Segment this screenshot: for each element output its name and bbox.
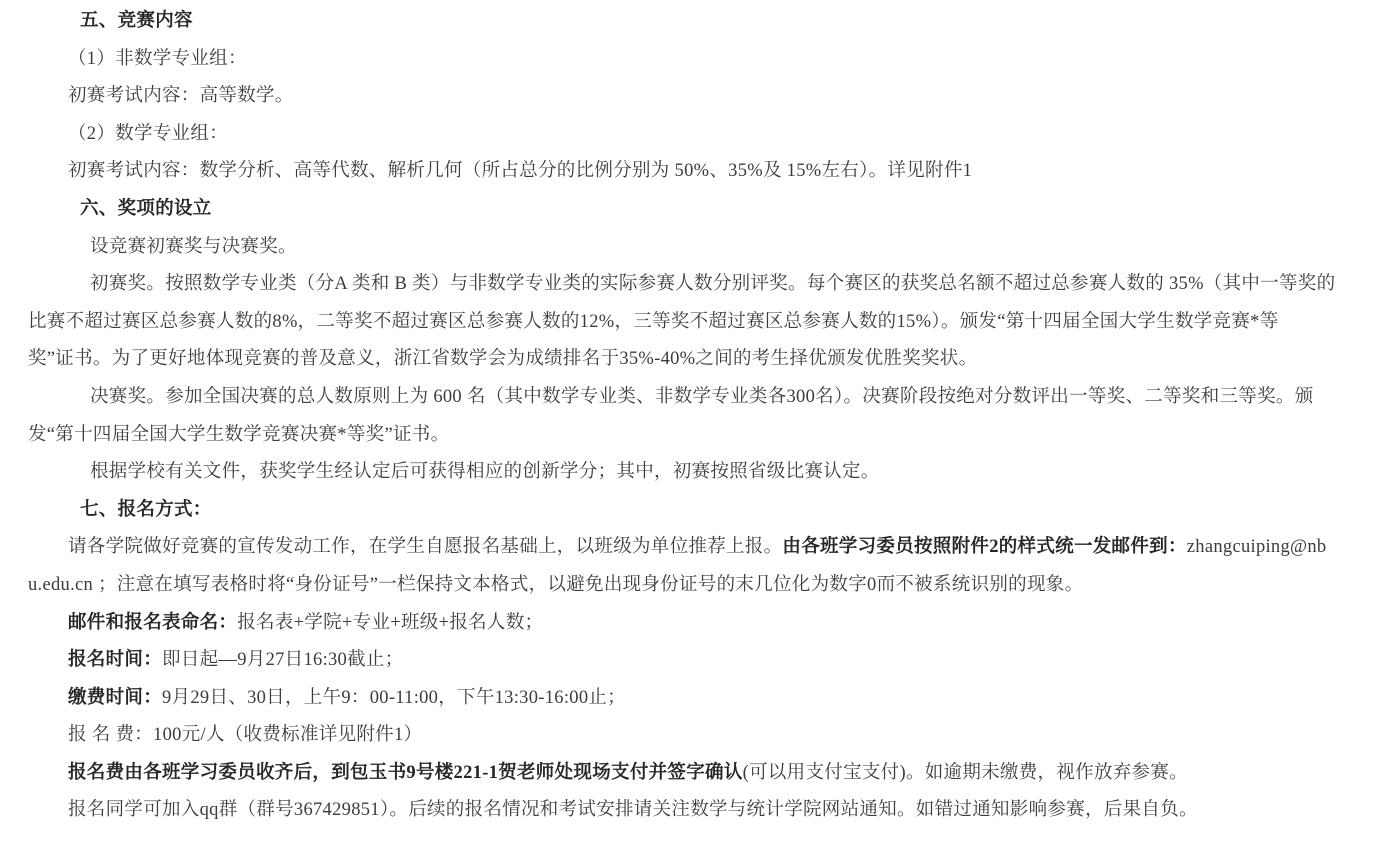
text-line: 初赛考试内容：高等数学。 xyxy=(25,78,1378,116)
text-segment: 决赛奖。参加全国决赛的总人数原则上为 600 名（其中数学专业类、非数学专业类各… xyxy=(90,387,1314,407)
text-segment: (可以用支付宝支付)。如逾期未缴费，视作放弃参赛。 xyxy=(743,763,1188,783)
text-segment: 初赛考试内容：高等数学。 xyxy=(68,86,294,106)
text-line: 设竞赛初赛奖与决赛奖。 xyxy=(25,229,1378,267)
text-segment: 9月29日、30日，上午9：00-11:00，下午13:30-16:00止； xyxy=(162,688,626,708)
bold-text-segment: 六、奖项的设立 xyxy=(80,199,212,219)
text-segment: （1）非数学专业组： xyxy=(68,49,247,69)
section-heading-6: 六、奖项的设立 xyxy=(25,191,1378,229)
bold-text-segment: 五、竞赛内容 xyxy=(80,11,193,31)
text-line: 根据学校有关文件，获奖学生经认定后可获得相应的创新学分；其中，初赛按照省级比赛认… xyxy=(25,454,1378,492)
text-line: （1）非数学专业组： xyxy=(25,41,1378,79)
bold-text-segment: 报名时间： xyxy=(68,650,162,670)
bold-text-segment: 缴费时间： xyxy=(68,688,162,708)
text-line: 比赛不超过赛区总参赛人数的8%，二等奖不超过赛区总参赛人数的12%，三等奖不超过… xyxy=(25,304,1378,342)
text-line: 报名同学可加入qq群（群号367429851）。后续的报名情况和考试安排请关注数… xyxy=(25,792,1378,830)
text-line: 报 名 费：100元/人（收费标准详见附件1） xyxy=(25,717,1378,755)
text-segment: 发“第十四届全国大学生数学竞赛决赛*等奖”证书。 xyxy=(28,425,449,445)
text-segment: 即日起—9月27日16:30截止； xyxy=(162,650,404,670)
text-line: 报名费由各班学习委员收齐后，到包玉书9号楼221-1贺老师处现场支付并签字确认(… xyxy=(25,755,1378,793)
text-line: 缴费时间：9月29日、30日，上午9：00-11:00，下午13:30-16:0… xyxy=(25,680,1378,718)
text-line: 发“第十四届全国大学生数学竞赛决赛*等奖”证书。 xyxy=(25,417,1378,455)
section-heading-7: 七、报名方式： xyxy=(25,492,1378,530)
text-segment: 报 名 费：100元/人（收费标准详见附件1） xyxy=(68,725,422,745)
text-segment: 报名同学可加入qq群（群号367429851）。后续的报名情况和考试安排请关注数… xyxy=(68,800,1198,820)
text-segment: 根据学校有关文件，获奖学生经认定后可获得相应的创新学分；其中，初赛按照省级比赛认… xyxy=(90,462,880,482)
text-segment: zhangcuiping@nb xyxy=(1187,537,1327,557)
text-segment: 初赛考试内容：数学分析、高等代数、解析几何（所占总分的比例分别为 50%、35%… xyxy=(68,161,972,181)
text-line: （2）数学专业组： xyxy=(25,116,1378,154)
text-line: 报名时间：即日起—9月27日16:30截止； xyxy=(25,642,1378,680)
text-line: 奖”证书。为了更好地体现竞赛的普及意义，浙江省数学会为成绩排名于35%-40%之… xyxy=(25,341,1378,379)
text-line: 请各学院做好竞赛的宣传发动工作，在学生自愿报名基础上，以班级为单位推荐上报。由各… xyxy=(25,529,1378,567)
text-segment: 请各学院做好竞赛的宣传发动工作，在学生自愿报名基础上，以班级为单位推荐上报。 xyxy=(68,537,782,557)
document-page: 五、竞赛内容（1）非数学专业组：初赛考试内容：高等数学。（2）数学专业组：初赛考… xyxy=(0,0,1396,830)
text-segment: u.edu.cn ；注意在填写表格时将“身份证号”一栏保持文本格式，以避免出现身… xyxy=(28,575,1083,595)
bold-text-segment: 邮件和报名表命名： xyxy=(68,613,237,633)
text-line: u.edu.cn ；注意在填写表格时将“身份证号”一栏保持文本格式，以避免出现身… xyxy=(25,567,1378,605)
text-segment: 设竞赛初赛奖与决赛奖。 xyxy=(90,237,297,257)
text-segment: （2）数学专业组： xyxy=(68,124,228,144)
bold-text-segment: 七、报名方式： xyxy=(80,500,212,520)
text-segment: 奖”证书。为了更好地体现竞赛的普及意义，浙江省数学会为成绩排名于35%-40%之… xyxy=(28,349,977,369)
text-line: 邮件和报名表命名：报名表+学院+专业+班级+报名人数； xyxy=(25,605,1378,643)
text-line: 决赛奖。参加全国决赛的总人数原则上为 600 名（其中数学专业类、非数学专业类各… xyxy=(25,379,1378,417)
document-body: 五、竞赛内容（1）非数学专业组：初赛考试内容：高等数学。（2）数学专业组：初赛考… xyxy=(25,3,1378,830)
text-segment: 报名表+学院+专业+班级+报名人数； xyxy=(237,613,543,633)
text-segment: 初赛奖。按照数学专业类（分A 类和 B 类）与非数学专业类的实际参赛人数分别评奖… xyxy=(90,274,1335,294)
text-line: 初赛奖。按照数学专业类（分A 类和 B 类）与非数学专业类的实际参赛人数分别评奖… xyxy=(25,266,1378,304)
bold-text-segment: 由各班学习委员按照附件2的样式统一发邮件到： xyxy=(782,537,1186,557)
bold-text-segment: 报名费由各班学习委员收齐后，到包玉书9号楼221-1贺老师处现场支付并签字确认 xyxy=(68,763,743,783)
text-segment: 比赛不超过赛区总参赛人数的8%，二等奖不超过赛区总参赛人数的12%，三等奖不超过… xyxy=(28,312,1279,332)
text-line: 初赛考试内容：数学分析、高等代数、解析几何（所占总分的比例分别为 50%、35%… xyxy=(25,153,1378,191)
section-heading-5: 五、竞赛内容 xyxy=(25,3,1378,41)
